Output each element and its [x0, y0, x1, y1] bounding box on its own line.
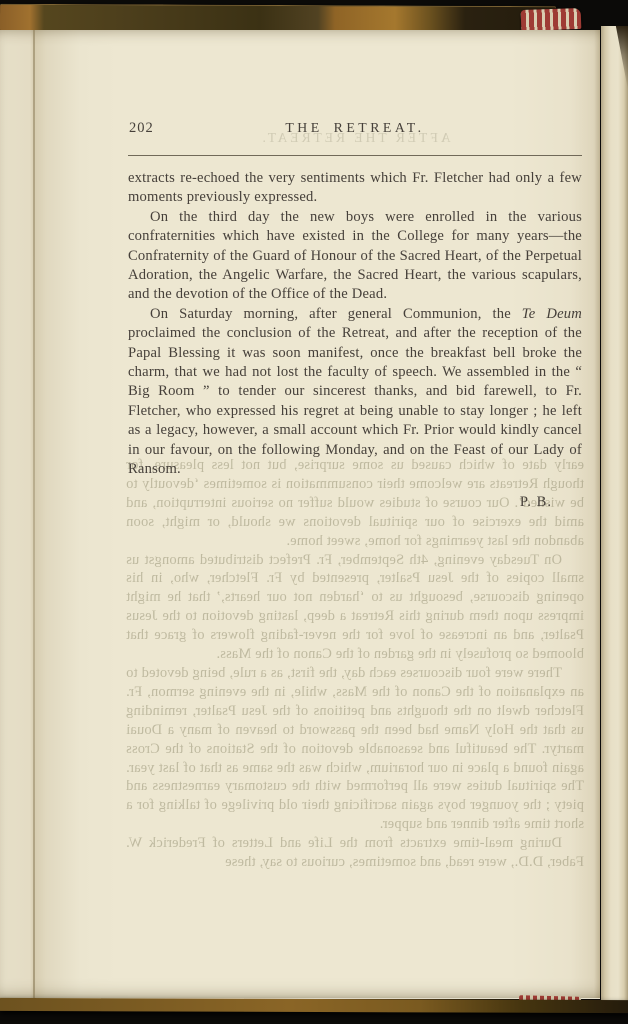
running-head: 202 THE RETREAT. [128, 118, 582, 140]
scanned-book-photo: { "page": { "number": "202", "running_ti… [0, 0, 628, 1024]
page-edge-shadow [601, 26, 628, 90]
book-cover-top-edge [0, 4, 556, 33]
body-text: extracts re-echoed the very sentiments w… [128, 169, 582, 480]
headband-top [521, 8, 582, 31]
book-cover-bottom-edge [0, 998, 628, 1013]
book-page: AFTER THE RETREAT. early date of which c… [0, 30, 600, 998]
page-number: 202 [129, 119, 154, 138]
paragraph-2: On the third day the new boys were enrol… [128, 208, 582, 305]
paragraph-3: On Saturday morning, after general Commu… [128, 305, 582, 480]
page-gutter-crease [33, 30, 35, 998]
paragraph-3-post: proclaimed the conclusion of the Retreat… [128, 325, 582, 477]
bleedthrough-paragraph: There were four discourses each day, the… [126, 664, 584, 834]
bleedthrough-text: early date of which caused us some surpr… [126, 456, 584, 872]
latin-phrase-italic: Te Deum [522, 306, 582, 322]
bleedthrough-paragraph: On Tuesday evening, 4th September, Fr. P… [126, 551, 584, 664]
paragraph-1: extracts re-echoed the very sentiments w… [128, 169, 582, 208]
header-rule [128, 155, 582, 156]
author-initials: P. B. [128, 493, 582, 512]
paragraph-3-pre: On Saturday morning, after general Commu… [150, 306, 522, 322]
page-edge-right [601, 26, 628, 1007]
bleedthrough-paragraph: During meal-time extracts from the Life … [126, 834, 584, 872]
printed-content: 202 THE RETREAT. extracts re-echoed the … [128, 118, 582, 512]
running-title: THE RETREAT. [128, 118, 582, 137]
